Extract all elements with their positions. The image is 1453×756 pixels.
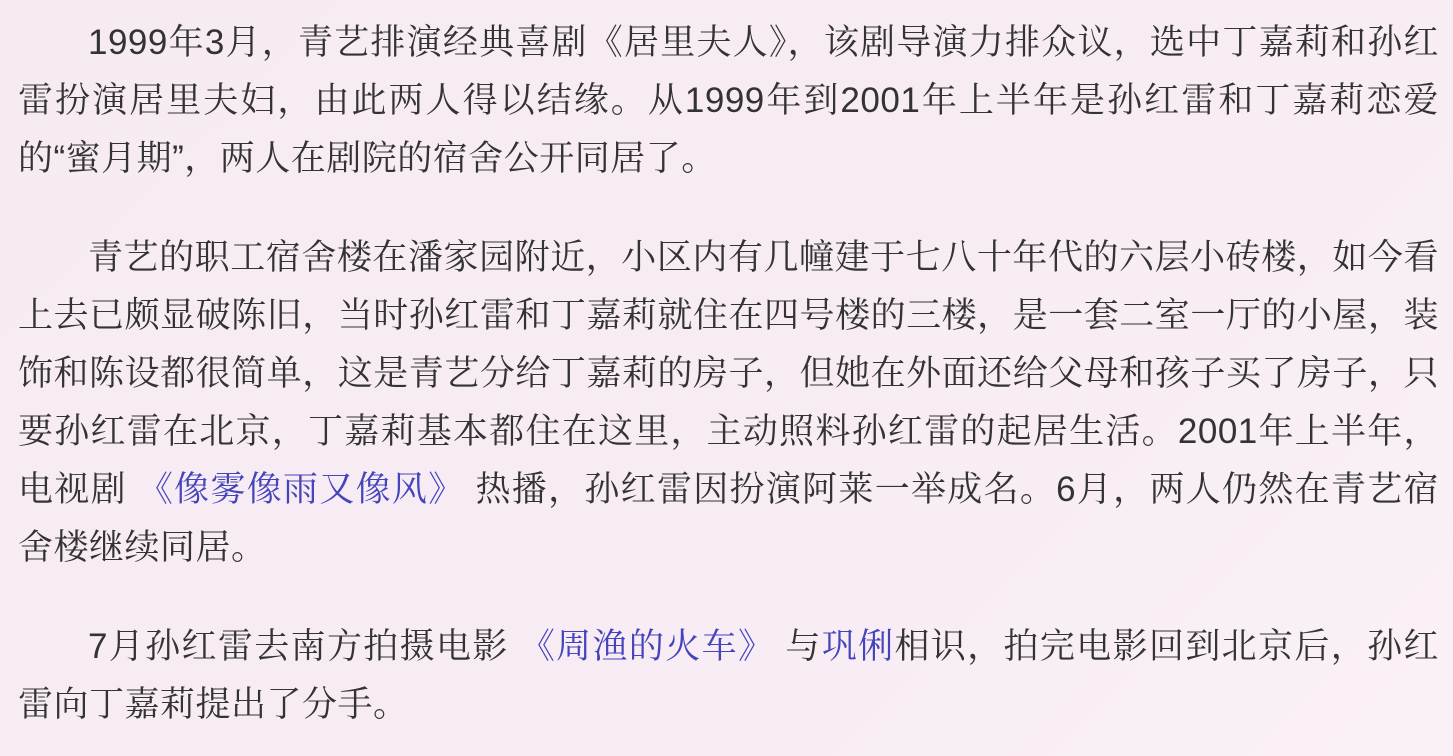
paragraph: 青艺的职工宿舍楼在潘家园附近，小区内有几幢建于七八十年代的六层小砖楼，如今看上去… [18,229,1439,577]
article-body: 1999年3月，青艺排演经典喜剧《居里夫人》，该剧导演力排众议，选中丁嘉莉和孙红… [0,0,1453,756]
tv-series-link[interactable]: 《像雾像雨又像风》 [138,470,465,509]
paragraph-text: 与 [774,627,821,666]
paragraph: 1999年3月，青艺排演经典喜剧《居里夫人》，该剧导演力排众议，选中丁嘉莉和孙红… [18,14,1439,188]
paragraph: 7月孙红雷去南方拍摄电影 《周渔的火车》 与巩俐相识，拍完电影回到北京后，孙红雷… [18,618,1439,734]
movie-link[interactable]: 《周渔的火车》 [520,627,775,666]
person-link-gongli[interactable]: 巩俐 [822,627,895,666]
paragraph-text: 1999年3月，青艺排演经典喜剧《居里夫人》，该剧导演力排众议，选中丁嘉莉和孙红… [18,23,1439,178]
paragraph-text: 青艺的职工宿舍楼在潘家园附近，小区内有几幢建于七八十年代的六层小砖楼，如今看上去… [18,238,1439,509]
paragraph-text: 7月孙红雷去南方拍摄电影 [88,627,520,666]
